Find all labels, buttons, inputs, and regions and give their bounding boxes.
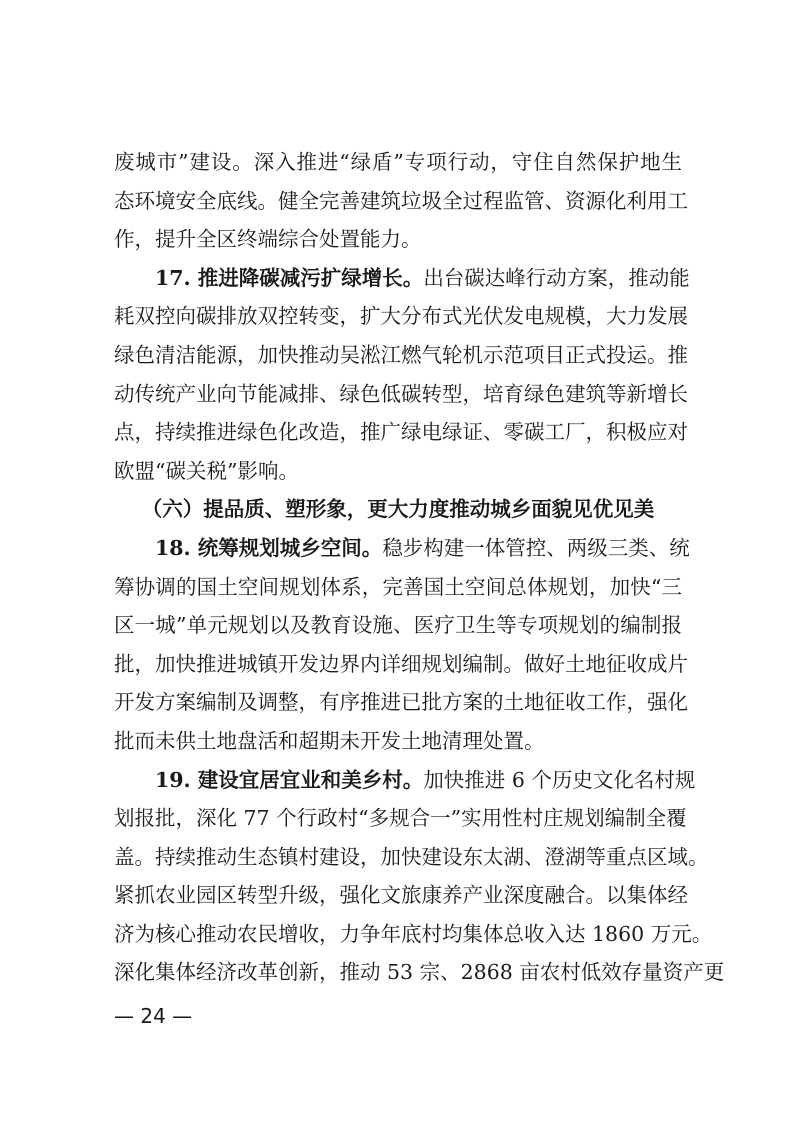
paragraph-line: 筹协调的国土空间规划体系，完善国土空间总体规划，加快“三 [114, 568, 682, 607]
paragraph-line: 批，加快推进城镇开发边界内详细规划编制。做好土地征收成片 [114, 645, 682, 684]
item-18-title: 18. 统筹规划城乡空间。 [155, 536, 382, 560]
paragraph-line: 批而未供土地盘活和超期未开发土地清理处置。 [114, 722, 682, 761]
paragraph-line: 区一城”单元规划以及教育设施、医疗卫生等专项规划的编制报 [114, 606, 682, 645]
page-number: — 24 — [114, 1004, 192, 1028]
paragraph-line: 态环境安全底线。健全完善建筑垃圾全过程监管、资源化利用工 [114, 182, 682, 221]
paragraph-line: 绿色清洁能源，加快推动吴淞江燃气轮机示范项目正式投运。推 [114, 336, 682, 375]
item-18-text: 稳步构建一体管控、两级三类、统 [382, 536, 690, 560]
item-18-first-line: 18. 统筹规划城乡空间。稳步构建一体管控、两级三类、统 [114, 529, 682, 568]
paragraph-line: 动传统产业向节能减排、绿色低碳转型，培育绿色建筑等新增长 [114, 375, 682, 414]
paragraph-line: 点，持续推进绿色化改造，推广绿电绿证、零碳工厂，积极应对 [114, 413, 682, 452]
body-text: 废城市”建设。深入推进“绿盾”专项行动，守住自然保护地生 态环境安全底线。健全完… [114, 143, 682, 992]
item-17-text: 出台碳达峰行动方案，推动能 [423, 266, 690, 290]
item-17-title: 17. 推进降碳减污扩绿增长。 [155, 266, 423, 290]
document-page: 废城市”建设。深入推进“绿盾”专项行动，守住自然保护地生 态环境安全底线。健全完… [0, 0, 793, 1122]
paragraph-line: 济为核心推动农民增收，力争年底村均集体总收入达 1860 万元。 [114, 915, 682, 954]
paragraph-line: 废城市”建设。深入推进“绿盾”专项行动，守住自然保护地生 [114, 143, 682, 182]
paragraph-line: 耗双控向碳排放双控转变，扩大分布式光伏发电规模，大力发展 [114, 297, 682, 336]
paragraph-line: 紧抓农业园区转型升级，强化文旅康养产业深度融合。以集体经 [114, 876, 682, 915]
paragraph-line: 作，提升全区终端综合处置能力。 [114, 220, 682, 259]
item-19-text: 加快推进 6 个历史文化名村规 [423, 768, 695, 792]
section-heading: （六）提品质、塑形象，更大力度推动城乡面貌见优见美 [114, 490, 682, 529]
item-17-first-line: 17. 推进降碳减污扩绿增长。出台碳达峰行动方案，推动能 [114, 259, 682, 298]
paragraph-line: 开发方案编制及调整，有序推进已批方案的土地征收工作，强化 [114, 683, 682, 722]
item-19-first-line: 19. 建设宜居宜业和美乡村。加快推进 6 个历史文化名村规 [114, 761, 682, 800]
paragraph-line: 划报批，深化 77 个行政村“多规合一”实用性村庄规划编制全覆 [114, 799, 682, 838]
paragraph-line: 欧盟“碳关税”影响。 [114, 452, 682, 491]
paragraph-line: 盖。持续推动生态镇村建设，加快建设东太湖、澄湖等重点区域。 [114, 838, 682, 877]
paragraph-line: 深化集体经济改革创新，推动 53 宗、2868 亩农村低效存量资产更 [114, 953, 682, 992]
item-19-title: 19. 建设宜居宜业和美乡村。 [155, 768, 423, 792]
